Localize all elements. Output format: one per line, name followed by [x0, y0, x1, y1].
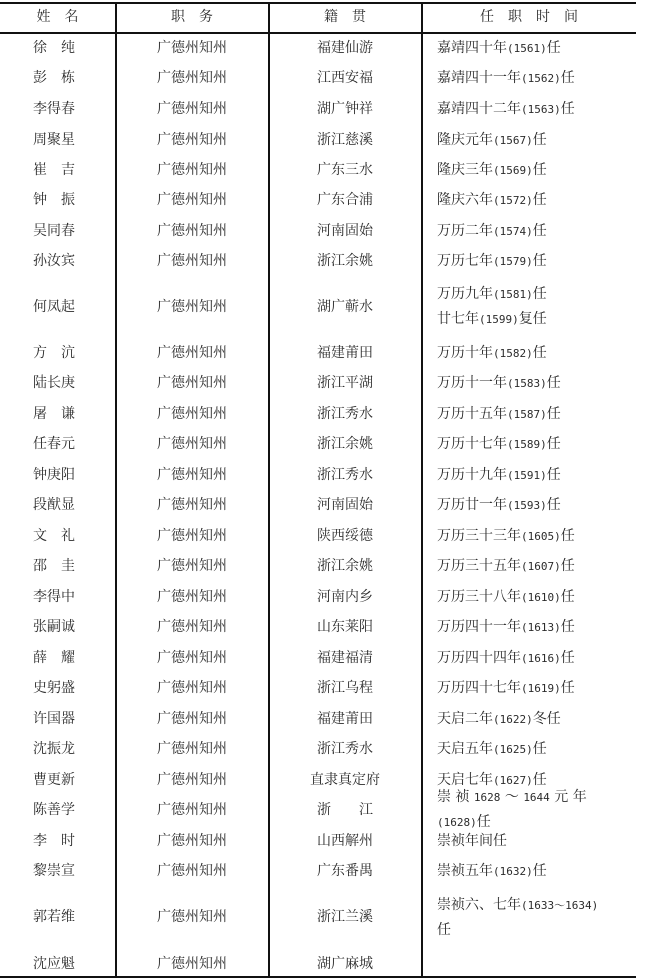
cell-post: 广德州知州 [116, 33, 268, 63]
cell-name: 钟庚阳 [0, 460, 115, 490]
time-line: 万历十一年(1583)任 [437, 371, 561, 396]
time-line: 万历十七年(1589)任 [437, 432, 561, 457]
time-line: 廿七年(1599)复任 [437, 307, 547, 332]
cell-time: 隆庆六年(1572)任 [422, 185, 636, 215]
cell-post: 广德州知州 [116, 612, 268, 642]
table-row: 孙汝宾广德州知州浙江余姚万历七年(1579)任 [0, 246, 636, 276]
cell-post: 广德州知州 [116, 521, 268, 551]
cell-time: 嘉靖四十年(1561)任 [422, 33, 636, 63]
table-row: 彭 栋广德州知州江西安福嘉靖四十一年(1562)任 [0, 63, 636, 93]
cell-time: 万历三十三年(1605)任 [422, 521, 636, 551]
cell-time: 嘉靖四十一年(1562)任 [422, 63, 636, 93]
cell-post: 广德州知州 [116, 949, 268, 979]
cell-post: 广德州知州 [116, 643, 268, 673]
cell-post: 广德州知州 [116, 246, 268, 276]
cell-post: 广德州知州 [116, 185, 268, 215]
table-row: 史躬盛广德州知州浙江乌程万历四十七年(1619)任 [0, 673, 636, 703]
cell-name: 李得春 [0, 94, 115, 124]
cell-post: 广德州知州 [116, 490, 268, 520]
time-line: 万历二年(1574)任 [437, 219, 547, 244]
cell-name: 崔 吉 [0, 155, 115, 185]
cell-name: 方 沆 [0, 338, 115, 368]
cell-time: 万历十一年(1583)任 [422, 368, 636, 398]
cell-origin: 浙江余姚 [269, 246, 421, 276]
table-row: 屠 谦广德州知州浙江秀水万历十五年(1587)任 [0, 399, 636, 429]
time-line: 天启二年(1622)冬任 [437, 707, 561, 732]
cell-origin: 福建福清 [269, 643, 421, 673]
cell-name: 吴同春 [0, 216, 115, 246]
table-row: 许国器广德州知州福建莆田天启二年(1622)冬任 [0, 704, 636, 734]
time-line: 隆庆元年(1567)任 [437, 128, 547, 153]
cell-name: 屠 谦 [0, 399, 115, 429]
time-line: 崇祯六、七年(1633～1634) [437, 893, 598, 918]
cell-origin: 福建莆田 [269, 338, 421, 368]
cell-post: 广德州知州 [116, 368, 268, 398]
cell-origin: 浙江秀水 [269, 399, 421, 429]
cell-time: 万历三十八年(1610)任 [422, 582, 636, 612]
cell-time: 天启五年(1625)任 [422, 734, 636, 764]
cell-time: 隆庆三年(1569)任 [422, 155, 636, 185]
cell-name: 薛 耀 [0, 643, 115, 673]
cell-post: 广德州知州 [116, 429, 268, 459]
cell-post: 广德州知州 [116, 551, 268, 581]
time-line: 天启五年(1625)任 [437, 737, 547, 762]
cell-name: 钟 振 [0, 185, 115, 215]
cell-origin: 广东三水 [269, 155, 421, 185]
cell-time: 万历四十四年(1616)任 [422, 643, 636, 673]
cell-origin: 湖广钟祥 [269, 94, 421, 124]
cell-name: 周聚星 [0, 125, 115, 155]
cell-post: 广德州知州 [116, 460, 268, 490]
time-line: 万历四十七年(1619)任 [437, 676, 575, 701]
time-line: 万历十九年(1591)任 [437, 463, 561, 488]
header-time: 任 职 时 间 [422, 2, 636, 32]
cell-post: 广德州知州 [116, 94, 268, 124]
table-row: 钟庚阳广德州知州浙江秀水万历十九年(1591)任 [0, 460, 636, 490]
cell-time: 万历廿一年(1593)任 [422, 490, 636, 520]
table-row: 沈振龙广德州知州浙江秀水天启五年(1625)任 [0, 734, 636, 764]
cell-origin: 湖广蕲水 [269, 281, 421, 333]
cell-name: 李得中 [0, 582, 115, 612]
time-line: 任 [437, 918, 451, 942]
table-row: 沈应魁广德州知州湖广麻城 [0, 949, 636, 979]
cell-time: 万历七年(1579)任 [422, 246, 636, 276]
cell-time: 隆庆元年(1567)任 [422, 125, 636, 155]
cell-name: 孙汝宾 [0, 246, 115, 276]
time-line: 万历三十八年(1610)任 [437, 585, 575, 610]
table-row: 何凤起广德州知州湖广蕲水万历九年(1581)任廿七年(1599)复任 [0, 281, 636, 333]
table-row: 李得中广德州知州河南内乡万历三十八年(1610)任 [0, 582, 636, 612]
cell-time: 万历十九年(1591)任 [422, 460, 636, 490]
time-line: 嘉靖四十年(1561)任 [437, 36, 561, 61]
time-line: 崇祯年间任 [437, 829, 507, 853]
cell-origin: 陕西绥德 [269, 521, 421, 551]
cell-origin: 山西解州 [269, 826, 421, 856]
time-line: 崇 祯 1628 ～ 1644 元 年 [437, 785, 587, 810]
time-line: 万历十年(1582)任 [437, 341, 547, 366]
cell-origin: 江西安福 [269, 63, 421, 93]
cell-origin: 福建莆田 [269, 704, 421, 734]
cell-post: 广德州知州 [116, 399, 268, 429]
cell-origin: 河南固始 [269, 216, 421, 246]
cell-time: 崇祯六、七年(1633～1634)任 [422, 891, 636, 943]
cell-origin: 浙江余姚 [269, 429, 421, 459]
cell-name: 彭 栋 [0, 63, 115, 93]
cell-name: 陆长庚 [0, 368, 115, 398]
cell-time: 万历四十一年(1613)任 [422, 612, 636, 642]
header-origin: 籍 贯 [269, 2, 421, 32]
cell-name: 史躬盛 [0, 673, 115, 703]
cell-name: 文 礼 [0, 521, 115, 551]
cell-post: 广德州知州 [116, 216, 268, 246]
cell-origin: 浙江慈溪 [269, 125, 421, 155]
cell-post: 广德州知州 [116, 63, 268, 93]
table-row: 张嗣诚广德州知州山东莱阳万历四十一年(1613)任 [0, 612, 636, 642]
time-line: 万历三十五年(1607)任 [437, 554, 575, 579]
time-line: 崇祯五年(1632)任 [437, 859, 547, 884]
cell-name: 何凤起 [0, 281, 115, 333]
table-row: 黎崇宣广德州知州广东番禺崇祯五年(1632)任 [0, 856, 636, 886]
cell-post: 广德州知州 [116, 704, 268, 734]
table-row: 薛 耀广德州知州福建福清万历四十四年(1616)任 [0, 643, 636, 673]
cell-origin: 河南固始 [269, 490, 421, 520]
cell-time: 万历三十五年(1607)任 [422, 551, 636, 581]
cell-origin: 浙江平湖 [269, 368, 421, 398]
time-line: 万历廿一年(1593)任 [437, 493, 561, 518]
time-line: 隆庆六年(1572)任 [437, 188, 547, 213]
cell-post: 广德州知州 [116, 734, 268, 764]
column-divider-3 [421, 2, 423, 976]
table-bottom-border [0, 976, 636, 978]
cell-name: 郭若维 [0, 891, 115, 943]
cell-name: 李 时 [0, 826, 115, 856]
table-row: 周聚星广德州知州浙江慈溪隆庆元年(1567)任 [0, 125, 636, 155]
cell-post: 广德州知州 [116, 856, 268, 886]
cell-post: 广德州知州 [116, 673, 268, 703]
header-name: 姓 名 [0, 2, 115, 32]
cell-name: 许国器 [0, 704, 115, 734]
table-row: 方 沆广德州知州福建莆田万历十年(1582)任 [0, 338, 636, 368]
time-line: 万历七年(1579)任 [437, 249, 547, 274]
column-divider-2 [268, 2, 270, 976]
time-line: 嘉靖四十二年(1563)任 [437, 97, 575, 122]
header-post: 职 务 [116, 2, 268, 32]
table-row: 徐 纯广德州知州福建仙游嘉靖四十年(1561)任 [0, 33, 636, 63]
cell-post: 广德州知州 [116, 826, 268, 856]
cell-time: 万历十七年(1589)任 [422, 429, 636, 459]
cell-time: 万历十年(1582)任 [422, 338, 636, 368]
cell-time: 万历九年(1581)任廿七年(1599)复任 [422, 281, 636, 333]
table-row: 陆长庚广德州知州浙江平湖万历十一年(1583)任 [0, 368, 636, 398]
cell-time [422, 949, 636, 979]
cell-post: 广德州知州 [116, 582, 268, 612]
time-line: 万历四十一年(1613)任 [437, 615, 575, 640]
cell-name: 邵 圭 [0, 551, 115, 581]
cell-time: 嘉靖四十二年(1563)任 [422, 94, 636, 124]
time-line: 万历三十三年(1605)任 [437, 524, 575, 549]
cell-name: 沈应魁 [0, 949, 115, 979]
table-row: 邵 圭广德州知州浙江余姚万历三十五年(1607)任 [0, 551, 636, 581]
cell-name: 段猷显 [0, 490, 115, 520]
table-row: 吴同春广德州知州河南固始万历二年(1574)任 [0, 216, 636, 246]
cell-time: 万历四十七年(1619)任 [422, 673, 636, 703]
cell-post: 广德州知州 [116, 155, 268, 185]
cell-post: 广德州知州 [116, 125, 268, 155]
time-line: 隆庆三年(1569)任 [437, 158, 547, 183]
table-row: 文 礼广德州知州陕西绥德万历三十三年(1605)任 [0, 521, 636, 551]
column-divider-1 [115, 2, 117, 976]
cell-post: 广德州知州 [116, 891, 268, 943]
table-row: 郭若维广德州知州浙江兰溪崇祯六、七年(1633～1634)任 [0, 891, 636, 943]
cell-origin: 广东合浦 [269, 185, 421, 215]
cell-time: 天启二年(1622)冬任 [422, 704, 636, 734]
cell-origin: 浙江乌程 [269, 673, 421, 703]
cell-time: 万历二年(1574)任 [422, 216, 636, 246]
cell-origin: 河南内乡 [269, 582, 421, 612]
cell-name: 任春元 [0, 429, 115, 459]
table-row: 崔 吉广德州知州广东三水隆庆三年(1569)任 [0, 155, 636, 185]
time-line: 万历九年(1581)任 [437, 282, 547, 307]
cell-origin: 浙江秀水 [269, 460, 421, 490]
cell-name: 黎崇宣 [0, 856, 115, 886]
cell-origin: 浙江余姚 [269, 551, 421, 581]
table-row: 李得春广德州知州湖广钟祥嘉靖四十二年(1563)任 [0, 94, 636, 124]
cell-origin: 浙江兰溪 [269, 891, 421, 943]
cell-time: 万历十五年(1587)任 [422, 399, 636, 429]
cell-origin: 湖广麻城 [269, 949, 421, 979]
table-header-row: 姓 名 职 务 籍 贯 任 职 时 间 [0, 2, 636, 32]
table-row: 任春元广德州知州浙江余姚万历十七年(1589)任 [0, 429, 636, 459]
cell-origin: 浙江秀水 [269, 734, 421, 764]
cell-name: 沈振龙 [0, 734, 115, 764]
table-row: 钟 振广德州知州广东合浦隆庆六年(1572)任 [0, 185, 636, 215]
cell-time: 崇祯五年(1632)任 [422, 856, 636, 886]
cell-time: 崇祯年间任 [422, 826, 636, 856]
cell-post: 广德州知州 [116, 281, 268, 333]
cell-post: 广德州知州 [116, 338, 268, 368]
cell-origin: 广东番禺 [269, 856, 421, 886]
time-line: 万历四十四年(1616)任 [437, 646, 575, 671]
time-line: 万历十五年(1587)任 [437, 402, 561, 427]
cell-origin: 福建仙游 [269, 33, 421, 63]
table-row: 段猷显广德州知州河南固始万历廿一年(1593)任 [0, 490, 636, 520]
table-row: 李 时广德州知州山西解州崇祯年间任 [0, 826, 636, 856]
time-line: 嘉靖四十一年(1562)任 [437, 66, 575, 91]
cell-name: 张嗣诚 [0, 612, 115, 642]
cell-name: 徐 纯 [0, 33, 115, 63]
cell-origin: 山东莱阳 [269, 612, 421, 642]
